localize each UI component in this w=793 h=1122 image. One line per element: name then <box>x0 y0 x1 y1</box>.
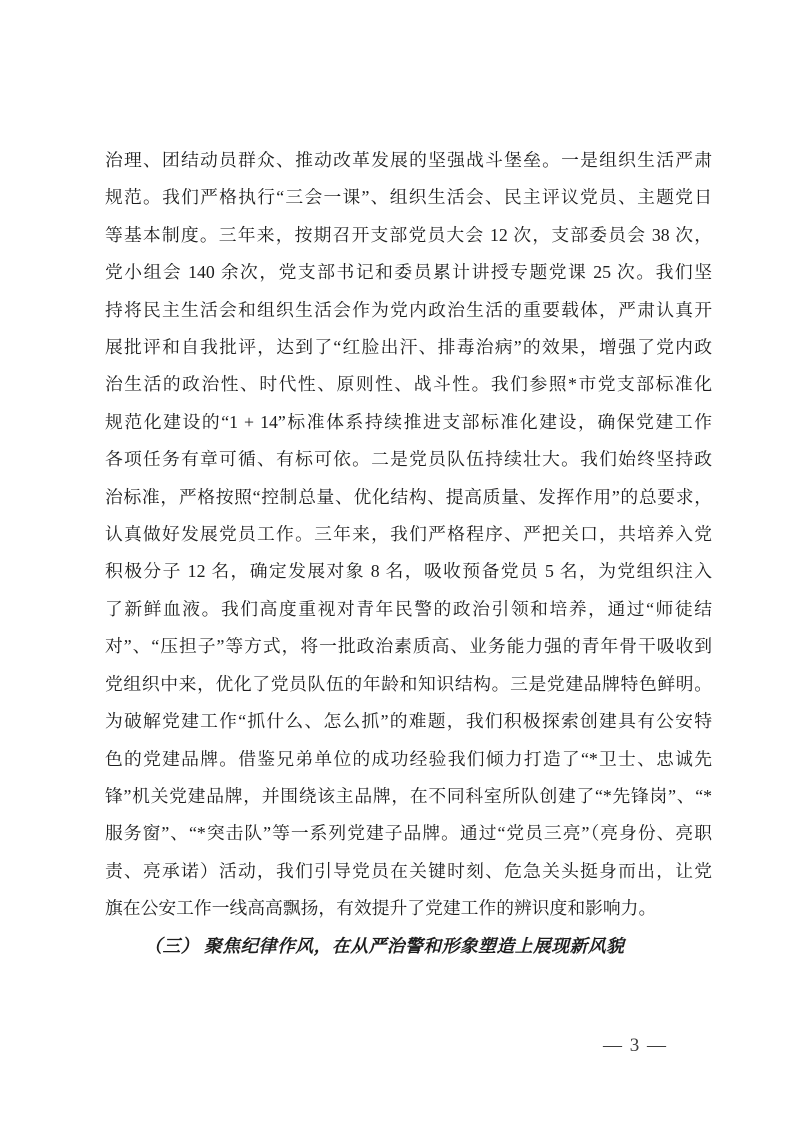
paragraph-line: 积极分子 12 名，确定发展对象 8 名，吸收预备党员 5 名，为党组织注入 <box>105 553 712 590</box>
paragraph-line: 等基本制度。三年来，按期召开支部党员大会 12 次，支部委员会 38 次， <box>105 217 712 254</box>
section-heading: （三） 聚焦纪律作风，在从严治警和形象塑造上展现新风貌 <box>105 928 712 965</box>
paragraph-line: 规范。我们严格执行“三会一课”、组织生活会、民主评议党员、主题党日 <box>105 179 712 216</box>
paragraph-line: 治标准，严格按照“控制总量、优化结构、提高质量、发挥作用”的总要求， <box>105 479 712 516</box>
paragraph-line: 色的党建品牌。借鉴兄弟单位的成功经验我们倾力打造了“*卫士、忠诚先 <box>105 741 712 778</box>
document-body: 治理、团结动员群众、推动改革发展的坚强战斗堡垒。一是组织生活严肃规范。我们严格执… <box>105 142 712 965</box>
document-page: 治理、团结动员群众、推动改革发展的坚强战斗堡垒。一是组织生活严肃规范。我们严格执… <box>0 0 793 1122</box>
body-paragraph: 治理、团结动员群众、推动改革发展的坚强战斗堡垒。一是组织生活严肃规范。我们严格执… <box>105 142 712 928</box>
paragraph-line: 治理、团结动员群众、推动改革发展的坚强战斗堡垒。一是组织生活严肃 <box>105 142 712 179</box>
paragraph-line: 规范化建设的“1 + 14”标准体系持续推进支部标准化建设，确保党建工作 <box>105 404 712 441</box>
paragraph-line: 责、亮承诺）活动，我们引导党员在关键时刻、危急关头挺身而出，让党 <box>105 853 712 890</box>
paragraph-line: 治生活的政治性、时代性、原则性、战斗性。我们参照*市党支部标准化 <box>105 366 712 403</box>
paragraph-line: 展批评和自我批评，达到了“红脸出汗、排毒治病”的效果，增强了党内政 <box>105 329 712 366</box>
paragraph-line: 持将民主生活会和组织生活会作为党内政治生活的重要载体，严肃认真开 <box>105 292 712 329</box>
paragraph-line: 党组织中来，优化了党员队伍的年龄和知识结构。三是党建品牌特色鲜明。 <box>105 666 712 703</box>
paragraph-line: 各项任务有章可循、有标可依。二是党员队伍持续壮大。我们始终坚持政 <box>105 441 712 478</box>
paragraph-line: 党小组会 140 余次，党支部书记和委员累计讲授专题党课 25 次。我们坚 <box>105 254 712 291</box>
paragraph-line: 锋”机关党建品牌，并围绕该主品牌，在不同科室所队创建了“*先锋岗”、“* <box>105 778 712 815</box>
paragraph-line: 旗在公安工作一线高高飘扬，有效提升了党建工作的辨识度和影响力。 <box>105 890 712 927</box>
paragraph-line: 为破解党建工作“抓什么、怎么抓”的难题，我们积极探索创建具有公安特 <box>105 703 712 740</box>
paragraph-line: 服务窗”、“*突击队”等一系列党建子品牌。通过“党员三亮”（亮身份、亮职 <box>105 815 712 852</box>
paragraph-line: 认真做好发展党员工作。三年来，我们严格程序、严把关口，共培养入党 <box>105 516 712 553</box>
page-number: — 3 — <box>603 1036 668 1055</box>
paragraph-line: 了新鲜血液。我们高度重视对青年民警的政治引领和培养，通过“师徒结 <box>105 591 712 628</box>
paragraph-line: 对”、“压担子”等方式，将一批政治素质高、业务能力强的青年骨干吸收到 <box>105 628 712 665</box>
